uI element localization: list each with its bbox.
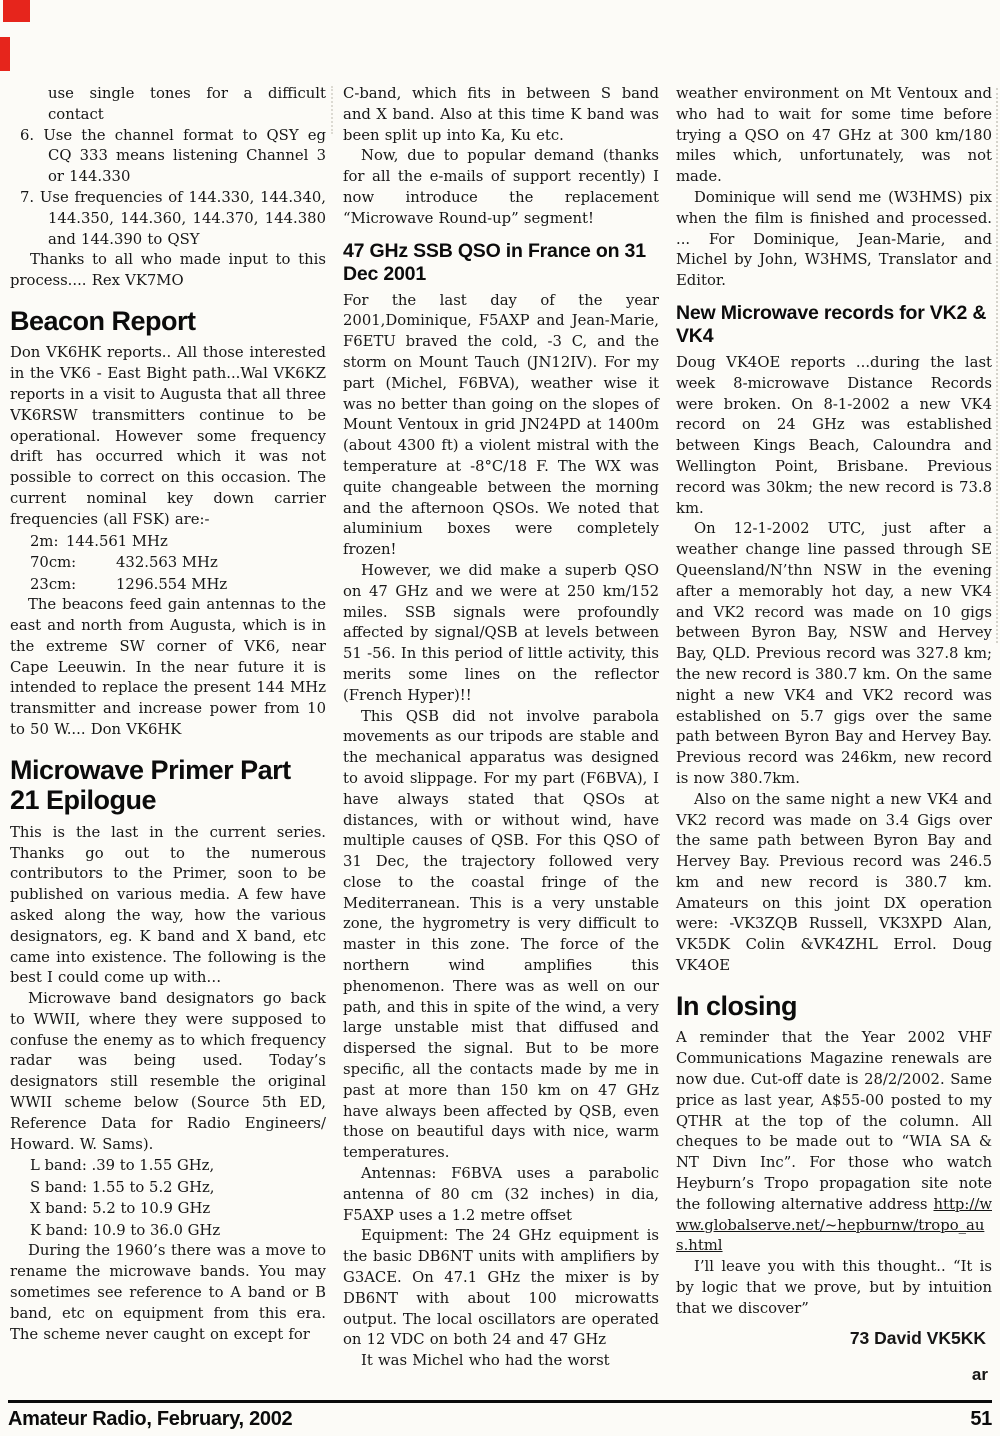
- heading-new-records: New Microwave records for VK2 & VK4: [676, 302, 992, 348]
- beacon-paragraph: Don VK6HK reports.. All those interested…: [10, 343, 326, 530]
- heading-47ghz-qso: 47 GHz SSB QSO in France on 31 Dec 2001: [343, 240, 659, 286]
- band-label: 70cm:: [30, 552, 116, 574]
- page-footer: Amateur Radio, February, 2002 51: [8, 1400, 992, 1431]
- band-label: 2m:: [30, 531, 66, 553]
- heading-microwave-primer: Microwave Primer Part 21 Epilogue: [10, 755, 326, 816]
- three-column-layout: use single tones for a difficult contact…: [10, 84, 992, 1398]
- dominique-paragraph: Dominique will send me (W3HMS) pix when …: [676, 188, 992, 292]
- heading-beacon-report: Beacon Report: [10, 306, 326, 337]
- closing-text: A reminder that the Year 2002 VHF Commun…: [676, 1029, 992, 1212]
- rename-paragraph: During the 1960’s there was a move to re…: [10, 1241, 326, 1345]
- primer-paragraph-2: Microwave band designators go back to WW…: [10, 989, 326, 1155]
- beacon-feed-paragraph: The beacons feed gain antennas to the ea…: [10, 595, 326, 741]
- footer-page-number: 51: [970, 1408, 992, 1431]
- heading-in-closing: In closing: [676, 991, 992, 1022]
- frequency-row-70cm: 70cm:432.563 MHz: [10, 552, 326, 574]
- band-definition-x: X band: 5.2 to 10.9 GHz: [10, 1198, 326, 1220]
- frequency-value: 432.563 MHz: [116, 554, 218, 571]
- list-number: 6.: [20, 127, 34, 144]
- column-1: use single tones for a difficult contact…: [10, 84, 326, 1398]
- closing-thought-paragraph: I’ll leave you with this thought.. “It i…: [676, 1257, 992, 1319]
- band-label: 23cm:: [30, 574, 116, 596]
- red-scan-artifact-left: [0, 37, 10, 71]
- list-item-7: 7. Use frequencies of 144.330, 144.340, …: [10, 188, 326, 250]
- column-2: C-band, which fits in between S band and…: [343, 84, 659, 1398]
- band-definition-l: L band: .39 to 1.55 GHz,: [10, 1155, 326, 1177]
- michel-paragraph: It was Michel who had the worst: [343, 1351, 659, 1372]
- records-paragraph-1: Doug VK4OE reports ...during the last we…: [676, 353, 992, 519]
- list-item-5-continuation: use single tones for a difficult contact: [10, 84, 326, 126]
- column-3: weather environment on Mt Ventoux and wh…: [676, 84, 992, 1398]
- cband-paragraph: C-band, which fits in between S band and…: [343, 84, 659, 146]
- list-item-text: Use the channel format to QSY eg CQ 333 …: [43, 127, 326, 186]
- qso-paragraph-3: This QSB did not involve parabola moveme…: [343, 707, 659, 1165]
- thanks-paragraph: Thanks to all who made input to this pro…: [10, 250, 326, 292]
- list-number: 7.: [20, 189, 34, 206]
- magazine-page: use single tones for a difficult contact…: [0, 0, 1000, 1436]
- qso-paragraph-1: For the last day of the year 2001,Domini…: [343, 291, 659, 561]
- equipment-paragraph: Equipment: The 24 GHz equipment is the b…: [343, 1226, 659, 1351]
- frequency-row-23cm: 23cm:1296.554 MHz: [10, 574, 326, 596]
- footer-publication-title: Amateur Radio, February, 2002: [8, 1408, 292, 1431]
- list-item-text: Use frequencies of 144.330, 144.340, 144…: [40, 189, 326, 248]
- closing-paragraph: A reminder that the Year 2002 VHF Commun…: [676, 1028, 992, 1257]
- band-definition-k: K band: 10.9 to 36.0 GHz: [10, 1220, 326, 1242]
- band-definition-s: S band: 1.55 to 5.2 GHz,: [10, 1177, 326, 1199]
- primer-paragraph-1: This is the last in the current series. …: [10, 823, 326, 989]
- article-end-mark: ar: [676, 1365, 992, 1385]
- qso-paragraph-2: However, we did make a superb QSO on 47 …: [343, 561, 659, 707]
- records-paragraph-3: Also on the same night a new VK4 and VK2…: [676, 790, 992, 977]
- red-scan-artifact-top: [3, 0, 30, 22]
- records-paragraph-2: On 12-1-2002 UTC, just after a weather c…: [676, 519, 992, 789]
- author-signature: 73 David VK5KK: [676, 1328, 992, 1349]
- antennas-paragraph: Antennas: F6BVA uses a parabolic antenna…: [343, 1164, 659, 1226]
- roundup-paragraph: Now, due to popular demand (thanks for a…: [343, 146, 659, 229]
- frequency-value: 1296.554 MHz: [116, 576, 227, 593]
- scan-noise-line: [996, 88, 998, 643]
- frequency-row-2m: 2m:144.561 MHz: [10, 531, 326, 553]
- frequency-value: 144.561 MHz: [66, 533, 168, 550]
- list-item-6: 6. Use the channel format to QSY eg CQ 3…: [10, 126, 326, 188]
- weather-paragraph: weather environment on Mt Ventoux and wh…: [676, 84, 992, 188]
